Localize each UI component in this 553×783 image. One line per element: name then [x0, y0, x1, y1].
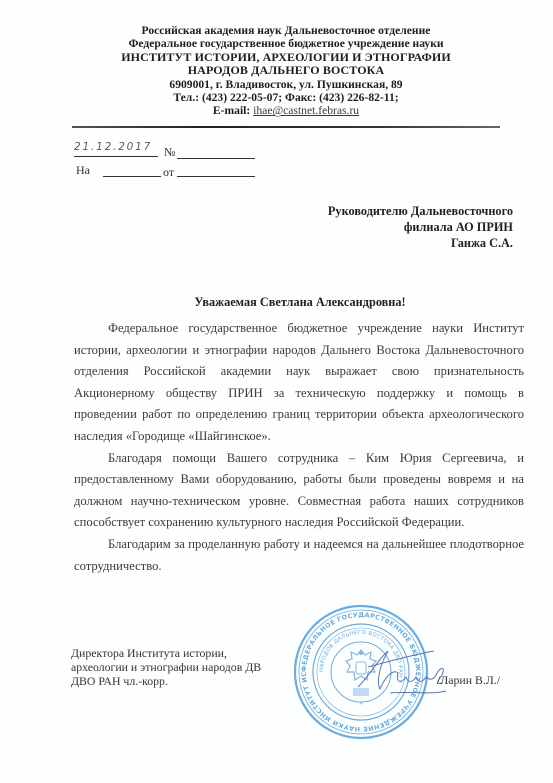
letter-body: Федеральное государственное бюджетное уч…	[74, 318, 524, 577]
handwritten-date: 21.12.2017	[74, 141, 152, 153]
number-label: №	[164, 145, 175, 160]
letterhead-academy: Российская академия наук Дальневосточное…	[72, 24, 500, 37]
email-label: E-mail:	[213, 104, 250, 117]
salutation: Уважаемая Светлана Александровна!	[60, 295, 540, 310]
body-paragraph-1: Федеральное государственное бюджетное уч…	[74, 318, 524, 448]
date-underline	[74, 156, 158, 157]
letterhead-phones: Тел.: (423) 222-05-07; Факс: (423) 226-8…	[72, 91, 500, 104]
in-reply-to-label: На	[76, 163, 90, 178]
body-paragraph-3: Благодарим за проделанную работу и надее…	[74, 534, 524, 577]
number-underline	[177, 158, 255, 159]
letterhead: Российская академия наук Дальневосточное…	[72, 24, 500, 118]
letter-page: Российская академия наук Дальневосточное…	[0, 0, 553, 783]
signatory-title-line3: ДВО РАН чл.-корр.	[71, 674, 261, 688]
email-link[interactable]: ihae@castnet.febras.ru	[253, 104, 359, 117]
letterhead-institution-type: Федеральное государственное бюджетное уч…	[72, 37, 500, 50]
letterhead-institute-name-cont: НАРОДОВ ДАЛЬНЕГО ВОСТОКА	[72, 64, 500, 77]
signatory-name: /Ларин В.Л./	[437, 673, 500, 688]
letterhead-email-row: E-mail: ihae@castnet.febras.ru	[72, 104, 500, 117]
reply-date-underline	[177, 176, 255, 177]
body-paragraph-2: Благодаря помощи Вашего сотрудника – Ким…	[74, 448, 524, 534]
addressee-position: Руководителю Дальневосточного	[328, 203, 513, 219]
addressee-name: Ганжа С.А.	[328, 235, 513, 251]
from-label: от	[163, 165, 174, 180]
letterhead-address: 6909001, г. Владивосток, ул. Пушкинская,…	[72, 78, 500, 91]
letterhead-institute-name: ИНСТИТУТ ИСТОРИИ, АРХЕОЛОГИИ И ЭТНОГРАФИ…	[72, 51, 500, 64]
addressee-organization: филиала АО ПРИН	[328, 219, 513, 235]
reply-number-underline	[103, 176, 161, 177]
signatory-title: Директора Института истории, археологии …	[71, 646, 261, 688]
letterhead-divider	[72, 126, 500, 128]
signatory-title-line1: Директора Института истории,	[71, 646, 261, 660]
addressee-block: Руководителю Дальневосточного филиала АО…	[328, 203, 513, 251]
signatory-title-line2: археологии и этнографии народов ДВ	[71, 660, 261, 674]
outgoing-ref-row: 21.12.2017	[72, 141, 232, 157]
